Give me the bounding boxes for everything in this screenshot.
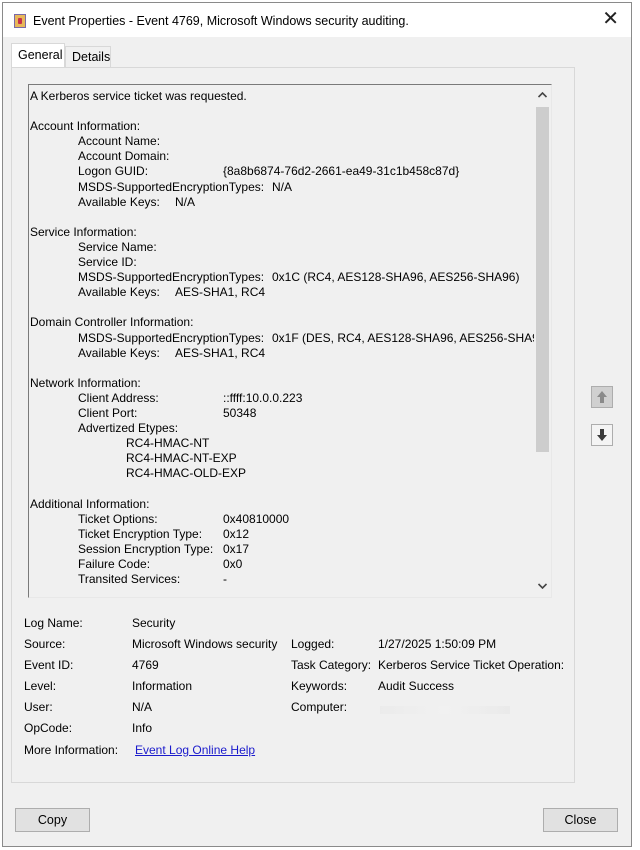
arrow-up-icon xyxy=(596,390,608,404)
logged-label: Logged: xyxy=(291,637,334,651)
general-tab-panel: A Kerberos service ticket was requested.… xyxy=(11,67,575,783)
tab-details[interactable]: Details xyxy=(65,46,111,67)
computer-label: Computer: xyxy=(291,700,347,714)
level-value: Information xyxy=(132,679,192,693)
description-line xyxy=(30,361,535,376)
user-label: User: xyxy=(24,700,53,714)
description-line: Client Port:50348 xyxy=(30,406,535,421)
description-line: Available Keys:N/A xyxy=(30,195,535,210)
event-viewer-icon xyxy=(14,14,26,28)
user-value: N/A xyxy=(132,700,152,714)
title-bar: Event Properties - Event 4769, Microsoft… xyxy=(3,3,631,37)
description-line xyxy=(30,210,535,225)
opcode-label: OpCode: xyxy=(24,721,72,735)
copy-button[interactable]: Copy xyxy=(15,808,90,832)
description-line: Service Information: xyxy=(30,225,535,240)
description-line: RC4-HMAC-NT xyxy=(30,436,535,451)
source-label: Source: xyxy=(24,637,65,651)
event-id-value: 4769 xyxy=(132,658,159,672)
event-description-text: A Kerberos service ticket was requested.… xyxy=(30,89,535,587)
window-title: Event Properties - Event 4769, Microsoft… xyxy=(33,14,409,28)
event-log-online-help-link[interactable]: Event Log Online Help xyxy=(135,743,255,757)
description-line: Client Address:::ffff:10.0.0.223 xyxy=(30,391,535,406)
event-id-label: Event ID: xyxy=(24,658,73,672)
description-scrollbar[interactable] xyxy=(534,85,551,597)
description-line: MSDS-SupportedEncryptionTypes:N/A xyxy=(30,180,535,195)
description-line: Account Information: xyxy=(30,119,535,134)
description-line: RC4-HMAC-NT-EXP xyxy=(30,451,535,466)
tab-general[interactable]: General xyxy=(11,43,65,68)
close-icon[interactable]: ✕ xyxy=(602,9,619,29)
description-line: Service Name: xyxy=(30,240,535,255)
description-line: Available Keys:AES-SHA1, RC4 xyxy=(30,285,535,300)
log-name-label: Log Name: xyxy=(24,616,83,630)
description-line: MSDS-SupportedEncryptionTypes:0x1F (DES,… xyxy=(30,331,535,346)
task-category-value: Kerberos Service Ticket Operation: xyxy=(378,658,564,672)
more-information-label: More Information: xyxy=(24,743,118,757)
opcode-value: Info xyxy=(132,721,152,735)
description-line: Account Domain: xyxy=(30,149,535,164)
description-line: Account Name: xyxy=(30,134,535,149)
description-line: Domain Controller Information: xyxy=(30,315,535,330)
arrow-down-icon xyxy=(596,428,608,442)
description-line xyxy=(30,481,535,496)
description-line: Available Keys:AES-SHA1, RC4 xyxy=(30,346,535,361)
description-line: Advertized Etypes: xyxy=(30,421,535,436)
description-line: Ticket Encryption Type:0x12 xyxy=(30,527,535,542)
description-line: Network Information: xyxy=(30,376,535,391)
task-category-label: Task Category: xyxy=(291,658,371,672)
next-event-button[interactable] xyxy=(591,424,613,446)
description-line: MSDS-SupportedEncryptionTypes:0x1C (RC4,… xyxy=(30,270,535,285)
log-name-value: Security xyxy=(132,616,175,630)
description-line: Service ID: xyxy=(30,255,535,270)
scrollbar-thumb[interactable] xyxy=(536,107,549,452)
description-line: Failure Code:0x0 xyxy=(30,557,535,572)
keywords-value: Audit Success xyxy=(378,679,454,693)
description-line: A Kerberos service ticket was requested. xyxy=(30,89,535,104)
logged-value: 1/27/2025 1:50:09 PM xyxy=(378,637,496,651)
description-line: Session Encryption Type:0x17 xyxy=(30,542,535,557)
source-value: Microsoft Windows security xyxy=(132,637,277,651)
close-button[interactable]: Close xyxy=(543,808,618,832)
description-line: RC4-HMAC-OLD-EXP xyxy=(30,466,535,481)
description-line: Additional Information: xyxy=(30,497,535,512)
computer-value-redacted xyxy=(380,706,510,714)
description-line: Logon GUID:{8a8b6874-76d2-2661-ea49-31c1… xyxy=(30,164,535,179)
description-line: Ticket Options:0x40810000 xyxy=(30,512,535,527)
previous-event-button[interactable] xyxy=(591,386,613,408)
scroll-down-icon[interactable] xyxy=(534,578,551,595)
description-line xyxy=(30,104,535,119)
scroll-up-icon[interactable] xyxy=(534,87,551,104)
level-label: Level: xyxy=(24,679,56,693)
description-line: Transited Services:- xyxy=(30,572,535,587)
event-description-box[interactable]: A Kerberos service ticket was requested.… xyxy=(28,84,552,598)
description-line xyxy=(30,300,535,315)
keywords-label: Keywords: xyxy=(291,679,347,693)
